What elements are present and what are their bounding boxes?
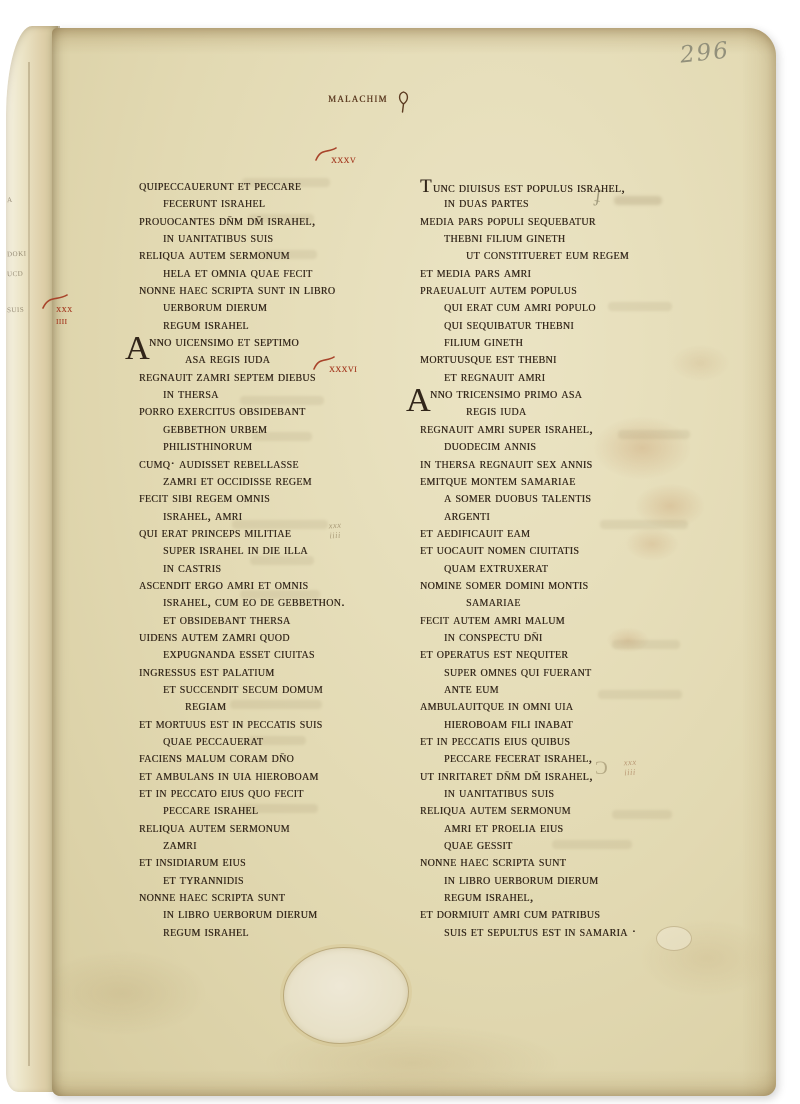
line-text: in thersa regnauit sex annis bbox=[420, 457, 592, 472]
line-text: et media pars amri bbox=[420, 266, 531, 281]
bleedthrough-fragment: a bbox=[7, 194, 13, 205]
line-text: in castris bbox=[163, 561, 221, 576]
text-line: uidens autem zamri quod bbox=[139, 629, 401, 646]
line-text: et succendit secum domum bbox=[163, 682, 323, 697]
bleedthrough-fragment: ucd bbox=[7, 268, 24, 280]
text-line: hieroboam fili inabat bbox=[444, 716, 720, 733]
line-text: regum israhel bbox=[163, 925, 249, 940]
text-line: super omnes qui fuerant bbox=[444, 664, 720, 681]
line-text: porro exercitus obsidebant bbox=[139, 404, 305, 419]
line-text: reliqua autem sermonum bbox=[420, 803, 571, 818]
text-line: thebni filium gineth bbox=[444, 230, 720, 247]
text-line: in duas partes bbox=[444, 195, 720, 212]
text-line: hela et omnia quae fecit bbox=[163, 265, 401, 282]
line-text: et in peccato eius quo fecit bbox=[139, 786, 304, 801]
line-text: super omnes qui fuerant bbox=[444, 665, 591, 680]
vellum-blemish bbox=[656, 926, 692, 951]
manuscript-page: 296 malachim xxxv xxx iiii xxxvi x bbox=[52, 28, 776, 1096]
line-text: et obsidebant thersa bbox=[163, 613, 290, 628]
running-header: malachim bbox=[328, 90, 411, 119]
line-text: qui sequibatur thebni bbox=[444, 318, 574, 333]
text-line: regiam bbox=[185, 698, 401, 715]
line-text: in uanitatibus suis bbox=[163, 231, 273, 246]
text-line: filium gineth bbox=[444, 334, 720, 351]
text-line: in libro uerborum dierum bbox=[163, 906, 401, 923]
line-text: qui erat princeps militiae bbox=[139, 526, 291, 541]
text-line: in thersa regnauit sex annis bbox=[420, 456, 720, 473]
text-line: reliqua autem sermonum bbox=[139, 247, 401, 264]
line-text: et dormiuit amri cum patribus bbox=[420, 907, 600, 922]
text-line: reliqua autem sermonum bbox=[139, 820, 401, 837]
text-line: fecit sibi regem omnis bbox=[139, 490, 401, 507]
line-text: unc diuisus est populus israhel, bbox=[433, 181, 625, 196]
line-text: gebbethon urbem bbox=[163, 422, 267, 437]
line-text: expugnanda esset ciuitas bbox=[163, 647, 315, 662]
line-text: philisthinorum bbox=[163, 439, 252, 454]
text-line: et mortuus est in peccatis suis bbox=[139, 716, 401, 733]
line-text: fecit autem amri malum bbox=[420, 613, 565, 628]
text-line: zamri bbox=[163, 837, 401, 854]
line-text: praeualuit autem populus bbox=[420, 283, 577, 298]
text-line: et in peccatis eius quibus bbox=[420, 733, 720, 750]
line-text: uidens autem zamri quod bbox=[139, 630, 290, 645]
text-line: et tyrannidis bbox=[163, 872, 401, 889]
line-text: media pars populi sequebatur bbox=[420, 214, 596, 229]
text-line: fecerunt israhel bbox=[163, 195, 401, 212]
vellum-repair-patch bbox=[283, 947, 409, 1044]
line-text: israhel, cum eo de gebbethon. bbox=[163, 595, 345, 610]
text-line: ut constitueret eum regem bbox=[466, 247, 720, 264]
chapter-number: xxxv bbox=[331, 154, 356, 166]
line-text: in duas partes bbox=[444, 196, 529, 211]
line-text: hela et omnia quae fecit bbox=[163, 266, 313, 281]
uncial-initial: T bbox=[420, 176, 432, 197]
text-line: ante eum bbox=[444, 681, 720, 698]
text-line: prouocantes dn̄m dm̄ israhel, bbox=[139, 213, 401, 230]
text-line: faciens malum coram dn̄o bbox=[139, 750, 401, 767]
line-text: filium gineth bbox=[444, 335, 523, 350]
text-line: qui erat princeps militiae bbox=[139, 525, 401, 542]
line-text: in libro uerborum dierum bbox=[444, 873, 598, 888]
text-line: ut inritaret dn̄m dm̄ israhel, bbox=[420, 768, 720, 785]
text-line: expugnanda esset ciuitas bbox=[163, 646, 401, 663]
line-text: hieroboam fili inabat bbox=[444, 717, 573, 732]
line-text: et in peccatis eius quibus bbox=[420, 734, 570, 749]
line-text: argenti bbox=[444, 509, 490, 524]
line-text: amri et proelia eius bbox=[444, 821, 563, 836]
line-text: faciens malum coram dn̄o bbox=[139, 751, 294, 766]
line-text: et insidiarum eius bbox=[139, 855, 246, 870]
text-line: gebbethon urbem bbox=[163, 421, 401, 438]
text-line: et operatus est nequiter bbox=[420, 646, 720, 663]
line-text: super israhel in die illa bbox=[163, 543, 308, 558]
line-text: in conspectu dn̄i bbox=[444, 630, 542, 645]
line-text: in uanitatibus suis bbox=[444, 786, 554, 801]
text-line: quipeccauerunt et peccare bbox=[139, 178, 401, 195]
text-line: et media pars amri bbox=[420, 265, 720, 282]
text-line: et aedificauit eam bbox=[420, 525, 720, 542]
text-line: peccare fecerat israhel, bbox=[444, 750, 720, 767]
uncial-initial: A bbox=[125, 332, 150, 366]
text-line: samariae bbox=[466, 594, 720, 611]
header-flourish-icon bbox=[396, 90, 411, 119]
line-text: quae peccauerat bbox=[163, 734, 263, 749]
line-text: uerborum dierum bbox=[163, 300, 267, 315]
line-text: mortuusque est thebni bbox=[420, 352, 557, 367]
line-text: a somer duobus talentis bbox=[444, 491, 591, 506]
text-line: nonne haec scripta sunt in libro bbox=[139, 282, 401, 299]
text-line: qui sequibatur thebni bbox=[444, 317, 720, 334]
line-text: ambulauitque in omni uia bbox=[420, 699, 573, 714]
line-text: nno tricensimo primo asa bbox=[430, 387, 582, 402]
line-text: et aedificauit eam bbox=[420, 526, 530, 541]
text-line: regum israhel, bbox=[444, 889, 720, 906]
book-title: malachim bbox=[328, 90, 388, 106]
line-text: regnauit zamri septem diebus bbox=[139, 370, 316, 385]
text-line: cumq· audisset rebellasse bbox=[139, 456, 401, 473]
line-text: thebni filium gineth bbox=[444, 231, 565, 246]
text-line: nonne haec scripta sunt bbox=[139, 889, 401, 906]
text-line: peccare israhel bbox=[163, 802, 401, 819]
line-text: asa regis iuda bbox=[185, 352, 270, 367]
line-text: et operatus est nequiter bbox=[420, 647, 568, 662]
text-line: super israhel in die illa bbox=[163, 542, 401, 559]
line-text: in thersa bbox=[163, 387, 219, 402]
bleedthrough-fragment: suis bbox=[7, 304, 25, 316]
line-text: et mortuus est in peccatis suis bbox=[139, 717, 322, 732]
text-line: argenti bbox=[444, 508, 720, 525]
text-line: et succendit secum domum bbox=[163, 681, 401, 698]
text-line: ascendit ergo amri et omnis bbox=[139, 577, 401, 594]
line-text: regnauit amri super israhel, bbox=[420, 422, 593, 437]
line-text: regum israhel, bbox=[444, 890, 534, 905]
line-text: cumq· audisset rebellasse bbox=[139, 457, 299, 472]
text-line: ingressus est palatium bbox=[139, 664, 401, 681]
line-text: et uocauit nomen ciuitatis bbox=[420, 543, 579, 558]
text-line: in conspectu dn̄i bbox=[444, 629, 720, 646]
text-line: et obsidebant thersa bbox=[163, 612, 401, 629]
line-text: nno uicensimo et septimo bbox=[149, 335, 299, 350]
line-text: ingressus est palatium bbox=[139, 665, 274, 680]
line-text: israhel, amri bbox=[163, 509, 242, 524]
text-column-left: quipeccauerunt et peccarefecerunt israhe… bbox=[139, 178, 401, 941]
line-text: ut inritaret dn̄m dm̄ israhel, bbox=[420, 769, 593, 784]
text-line: regis iuda bbox=[466, 403, 720, 420]
text-line: media pars populi sequebatur bbox=[420, 213, 720, 230]
text-line: praeualuit autem populus bbox=[420, 282, 720, 299]
line-text: nonne haec scripta sunt bbox=[139, 890, 285, 905]
text-line: quam extruxerat bbox=[444, 560, 720, 577]
text-line: Anno uicensimo et septimo bbox=[149, 334, 401, 351]
manuscript-photo: a doki ucd suis 296 malachim bbox=[0, 0, 800, 1104]
text-line: quae gessit bbox=[444, 837, 720, 854]
text-line: et uocauit nomen ciuitatis bbox=[420, 542, 720, 559]
text-line: uerborum dierum bbox=[163, 299, 401, 316]
text-line: Anno tricensimo primo asa bbox=[430, 386, 720, 403]
text-line: in uanitatibus suis bbox=[163, 230, 401, 247]
text-line: nomine somer domini montis bbox=[420, 577, 720, 594]
text-line: emitque montem samariae bbox=[420, 473, 720, 490]
text-line: Tunc diuisus est populus israhel, bbox=[420, 178, 720, 195]
line-text: zamri bbox=[163, 838, 197, 853]
line-text: reliqua autem sermonum bbox=[139, 248, 290, 263]
text-line: zamri et occidisse regem bbox=[163, 473, 401, 490]
text-line: quae peccauerat bbox=[163, 733, 401, 750]
bleedthrough-fragment: doki bbox=[7, 248, 27, 260]
text-line: a somer duobus talentis bbox=[444, 490, 720, 507]
line-text: regum israhel bbox=[163, 318, 249, 333]
text-line: israhel, amri bbox=[163, 508, 401, 525]
text-line: et insidiarum eius bbox=[139, 854, 401, 871]
line-text: et tyrannidis bbox=[163, 873, 244, 888]
line-text: regis iuda bbox=[466, 404, 526, 419]
uncial-initial: A bbox=[406, 384, 431, 418]
text-line: porro exercitus obsidebant bbox=[139, 403, 401, 420]
line-text: suis et sepultus est in samaria · bbox=[444, 925, 636, 940]
text-line: et dormiuit amri cum patribus bbox=[420, 906, 720, 923]
text-line: et in peccato eius quo fecit bbox=[139, 785, 401, 802]
text-line: et ambulans in uia hieroboam bbox=[139, 768, 401, 785]
text-line: qui erat cum amri populo bbox=[444, 299, 720, 316]
text-line: amri et proelia eius bbox=[444, 820, 720, 837]
line-text: quipeccauerunt et peccare bbox=[139, 179, 301, 194]
text-line: regnauit zamri septem diebus bbox=[139, 369, 401, 386]
line-text: duodecim annis bbox=[444, 439, 536, 454]
text-line: regnauit amri super israhel, bbox=[420, 421, 720, 438]
text-column-right: Tunc diuisus est populus israhel,in duas… bbox=[420, 178, 720, 941]
text-line: in thersa bbox=[163, 386, 401, 403]
line-text: qui erat cum amri populo bbox=[444, 300, 596, 315]
line-text: fecit sibi regem omnis bbox=[139, 491, 270, 506]
line-text: ante eum bbox=[444, 682, 499, 697]
line-text: peccare israhel bbox=[163, 803, 258, 818]
line-text: nomine somer domini montis bbox=[420, 578, 588, 593]
line-text: ascendit ergo amri et omnis bbox=[139, 578, 308, 593]
text-line: mortuusque est thebni bbox=[420, 351, 720, 368]
text-line: fecit autem amri malum bbox=[420, 612, 720, 629]
line-text: quam extruxerat bbox=[444, 561, 548, 576]
line-text: reliqua autem sermonum bbox=[139, 821, 290, 836]
line-text: et regnauit amri bbox=[444, 370, 545, 385]
line-text: peccare fecerat israhel, bbox=[444, 751, 592, 766]
line-text: fecerunt israhel bbox=[163, 196, 265, 211]
text-line: israhel, cum eo de gebbethon. bbox=[163, 594, 401, 611]
line-text: zamri et occidisse regem bbox=[163, 474, 312, 489]
line-text: et ambulans in uia hieroboam bbox=[139, 769, 319, 784]
chapter-number: xxx iiii bbox=[56, 304, 73, 328]
text-line: philisthinorum bbox=[163, 438, 401, 455]
text-line: asa regis iuda bbox=[185, 351, 401, 368]
line-text: regiam bbox=[185, 699, 226, 714]
line-text: emitque montem samariae bbox=[420, 474, 576, 489]
line-text: ut constitueret eum regem bbox=[466, 248, 629, 263]
text-line: nonne haec scripta sunt bbox=[420, 854, 720, 871]
line-text: quae gessit bbox=[444, 838, 512, 853]
line-text: prouocantes dn̄m dm̄ israhel, bbox=[139, 214, 316, 229]
text-line: ambulauitque in omni uia bbox=[420, 698, 720, 715]
text-line: regum israhel bbox=[163, 924, 401, 941]
text-line: et regnauit amri bbox=[444, 369, 720, 386]
text-line: in castris bbox=[163, 560, 401, 577]
text-line: duodecim annis bbox=[444, 438, 720, 455]
text-line: reliqua autem sermonum bbox=[420, 802, 720, 819]
line-text: samariae bbox=[466, 595, 521, 610]
text-line: regum israhel bbox=[163, 317, 401, 334]
text-line: in uanitatibus suis bbox=[444, 785, 720, 802]
line-text: in libro uerborum dierum bbox=[163, 907, 317, 922]
text-line: in libro uerborum dierum bbox=[444, 872, 720, 889]
line-text: nonne haec scripta sunt in libro bbox=[139, 283, 335, 298]
line-text: nonne haec scripta sunt bbox=[420, 855, 566, 870]
folio-number: 296 bbox=[679, 37, 731, 68]
